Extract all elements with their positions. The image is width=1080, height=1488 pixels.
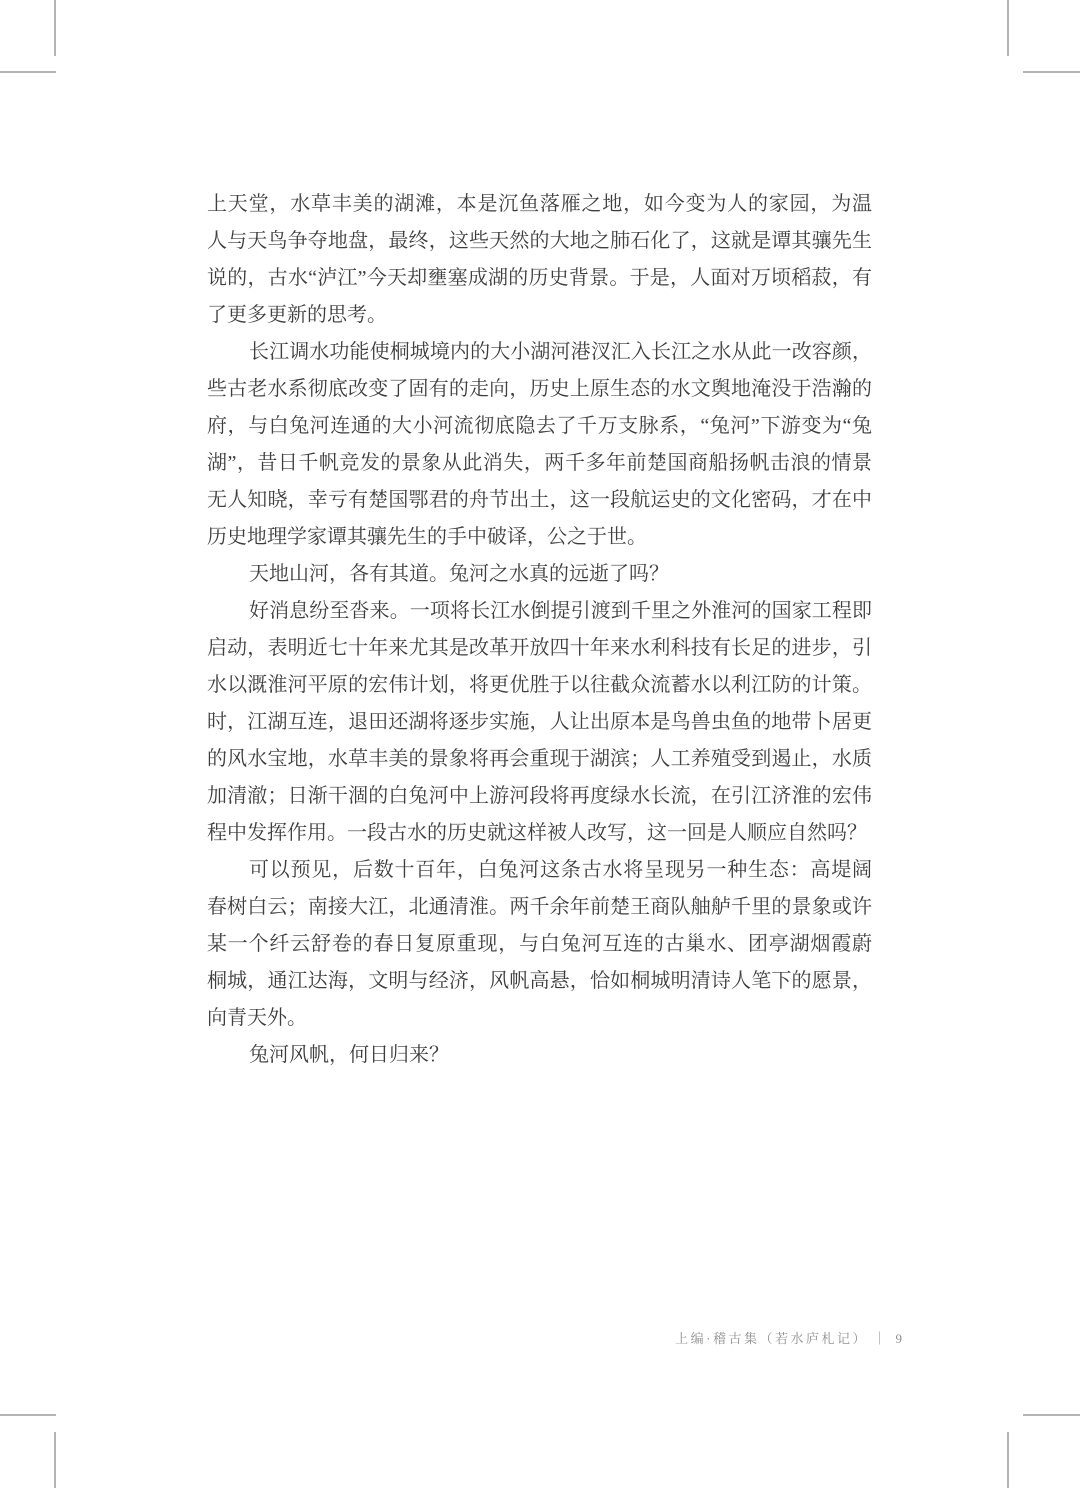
text-line: 向青天外。 [207,1000,872,1037]
crop-mark-top-right-horizontal [1023,71,1080,73]
crop-mark-bottom-right-vertical [1007,1432,1009,1488]
text-line: 无人知晓，幸亏有楚国鄂君的舟节出土，这一段航运史的文化密码，才在中国 [207,482,872,519]
text-line: 某一个纤云舒卷的春日复原重现，与白兔河互连的古巢水、团亭湖烟霞蔚起。 [207,926,872,963]
text-line: 了更多更新的思考。 [207,297,872,334]
text-line: 人与天鸟争夺地盘，最终，这些天然的大地之肺石化了，这就是谭其骧先生所 [207,223,872,260]
text-line: 程中发挥作用。一段古水的历史就这样被人改写，这一回是人顺应自然吗？ [207,815,872,852]
text-line: 好消息纷至沓来。一项将长江水倒提引渡到千里之外淮河的国家工程即将 [207,593,872,630]
page-footer: 上编·稽古集（若水庐札记）｜9 [675,1328,902,1347]
text-line: 春树白云；南接大江，北通清淮。两千余年前楚王商队舳舻千里的景象或许在 [207,889,872,926]
text-line: 的风水宝地，水草丰美的景象将再会重现于湖滨；人工养殖受到遏止，水质更 [207,741,872,778]
footer-section-title: 上编·稽古集（若水庐札记） [675,1331,868,1346]
text-line: 加清澈；日渐干涸的白兔河中上游河段将再度绿水长流，在引江济淮的宏伟工 [207,778,872,815]
text-line: 说的，古水“泸江”今天却壅塞成湖的历史背景。于是，人面对万顷稻菽，有 [207,260,872,297]
book-page: 上天堂，水草丰美的湖滩，本是沉鱼落雁之地，如今变为人的家园，为温饱，人与天鸟争夺… [0,0,1080,1488]
text-line: 桐城，通江达海，文明与经济，风帆高悬，恰如桐城明清诗人笔下的愿景，飞 [207,963,872,1000]
text-line: 湖”，昔日千帆竞发的景象从此消失，两千多年前楚国商船扬帆击浪的情景已 [207,445,872,482]
text-line: 时，江湖互连，退田还湖将逐步实施，人让出原本是鸟兽虫鱼的地带卜居更美 [207,704,872,741]
body-text: 上天堂，水草丰美的湖滩，本是沉鱼落雁之地，如今变为人的家园，为温饱，人与天鸟争夺… [207,186,872,1074]
crop-mark-top-left-horizontal [0,71,56,73]
crop-mark-top-right-vertical [1007,0,1009,56]
crop-mark-bottom-left-vertical [54,1432,56,1488]
footer-separator: ｜ [873,1331,889,1346]
footer-page-number: 9 [896,1331,903,1346]
crop-mark-top-left-vertical [54,0,56,56]
crop-mark-bottom-right-horizontal [1023,1414,1080,1416]
text-line: 长江调水功能使桐城境内的大小湖河港汊汇入长江之水从此一改容颜，这 [207,334,872,371]
text-line: 启动，表明近七十年来尤其是改革开放四十年来水利科技有长足的进步，引江 [207,630,872,667]
text-line: 可以预见，后数十百年，白兔河这条古水将呈现另一种生态：高堤阔水， [207,852,872,889]
text-line: 水以溉淮河平原的宏伟计划，将更优胜于以往截众流蓄水以利江防的计策。至 [207,667,872,704]
text-line: 府，与白兔河连通的大小河流彻底隐去了千万支脉系，“兔河”下游变为“兔 [207,408,872,445]
text-line: 历史地理学家谭其骧先生的手中破译，公之于世。 [207,519,872,556]
crop-mark-bottom-left-horizontal [0,1414,56,1416]
text-line: 天地山河，各有其道。兔河之水真的远逝了吗？ [207,556,872,593]
text-line: 些古老水系彻底改变了固有的走向，历史上原生态的水文舆地淹没于浩瀚的水 [207,371,872,408]
text-line: 兔河风帆，何日归来？ [207,1037,872,1074]
text-line: 上天堂，水草丰美的湖滩，本是沉鱼落雁之地，如今变为人的家园，为温饱， [207,186,872,223]
